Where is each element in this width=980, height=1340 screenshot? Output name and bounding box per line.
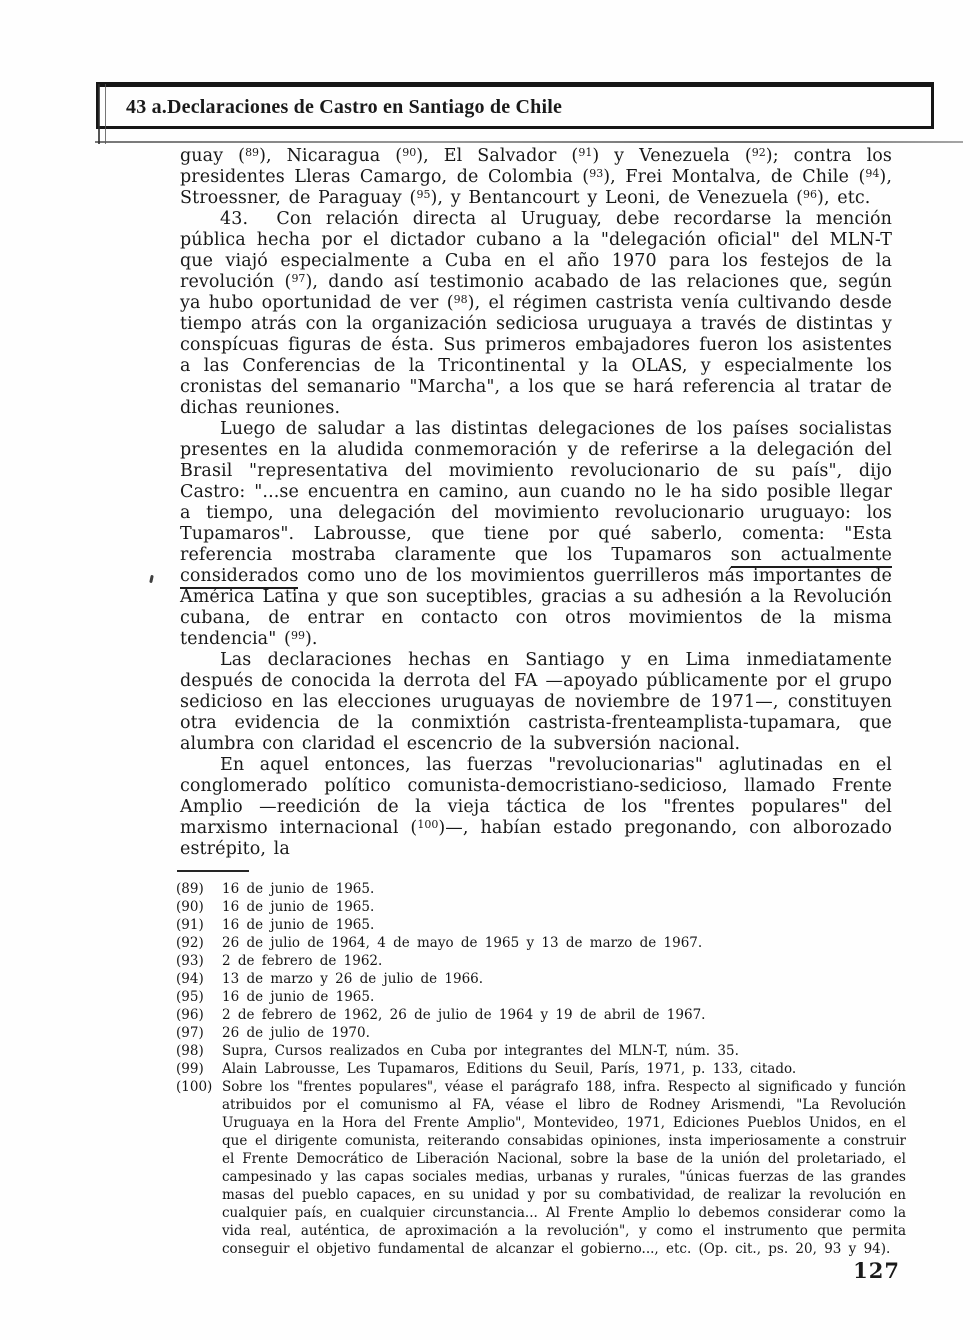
footnote-number: (99) <box>176 1060 222 1078</box>
footnote-item: (89)16 de junio de 1965. <box>176 880 906 898</box>
footnote-number: (91) <box>176 916 222 934</box>
footnote-number: (96) <box>176 1006 222 1024</box>
footnote-number: (92) <box>176 934 222 952</box>
footnote-number: (97) <box>176 1024 222 1042</box>
footnote-item: (98)Supra, Cursos realizados en Cuba por… <box>176 1042 906 1060</box>
footnotes: (89)16 de junio de 1965.(90)16 de junio … <box>176 880 906 1258</box>
paragraph: guay (89), Nicaragua (90), El Salvador (… <box>180 146 892 209</box>
footnote-item: (96)2 de febrero de 1962, 26 de julio de… <box>176 1006 906 1024</box>
footnote-item: (99)Alain Labrousse, Les Tupamaros, Edit… <box>176 1060 906 1078</box>
footnote-marker: 95 <box>416 188 430 201</box>
footnote-item: (91)16 de junio de 1965. <box>176 916 906 934</box>
footnote-marker: 91 <box>578 146 592 159</box>
footnote-number: (90) <box>176 898 222 916</box>
footnote-item: (93)2 de febrero de 1962. <box>176 952 906 970</box>
section-header-box: 43 a.Declaraciones de Castro en Santiago… <box>96 82 934 129</box>
paragraph: Las declaraciones hechas en Santiago y e… <box>180 650 892 755</box>
footnote-marker: 94 <box>865 167 879 180</box>
scan-artifact-speck <box>149 575 154 583</box>
footnote-item: (90)16 de junio de 1965. <box>176 898 906 916</box>
paragraph: 43. Con relación directa al Uruguay, deb… <box>180 209 892 419</box>
footnote-item: (100)Sobre los "frentes populares", véas… <box>176 1078 906 1258</box>
footnote-number: (93) <box>176 952 222 970</box>
footnote-divider <box>177 870 249 872</box>
body-text: guay (89), Nicaragua (90), El Salvador (… <box>180 146 892 860</box>
scanned-book-page: 43 a.Declaraciones de Castro en Santiago… <box>0 0 980 1340</box>
page-number: 127 <box>853 1258 900 1283</box>
footnote-item: (92)26 de julio de 1964, 4 de mayo de 19… <box>176 934 906 952</box>
footnote-number: (100) <box>176 1078 222 1096</box>
footnote-number: (98) <box>176 1042 222 1060</box>
footnote-number: (94) <box>176 970 222 988</box>
footnote-marker: 92 <box>752 146 766 159</box>
footnote-marker: 96 <box>803 188 817 201</box>
footnote-marker: 90 <box>402 146 416 159</box>
paragraph: Luego de saludar a las distintas delegac… <box>180 419 892 650</box>
footnote-marker: 93 <box>589 167 603 180</box>
footnote-item: (95)16 de junio de 1965. <box>176 988 906 1006</box>
footnote-item: (97)26 de julio de 1970. <box>176 1024 906 1042</box>
footnote-number: (89) <box>176 880 222 898</box>
scan-artifact-line <box>95 141 963 143</box>
footnote-item: (94)13 de marzo y 26 de julio de 1966. <box>176 970 906 988</box>
footnote-number: (95) <box>176 988 222 1006</box>
footnote-marker: 97 <box>291 272 305 285</box>
footnote-marker: 98 <box>454 293 468 306</box>
underlined-phrase: son actualmente considerados <box>180 545 892 589</box>
footnote-marker: 89 <box>245 146 259 159</box>
scan-artifact-vertical-lines <box>98 84 106 144</box>
paragraph: En aquel entonces, las fuerzas "revoluci… <box>180 755 892 860</box>
footnote-marker: 99 <box>291 629 305 642</box>
section-title: 43 a.Declaraciones de Castro en Santiago… <box>126 96 562 118</box>
footnote-marker: 100 <box>417 818 438 831</box>
